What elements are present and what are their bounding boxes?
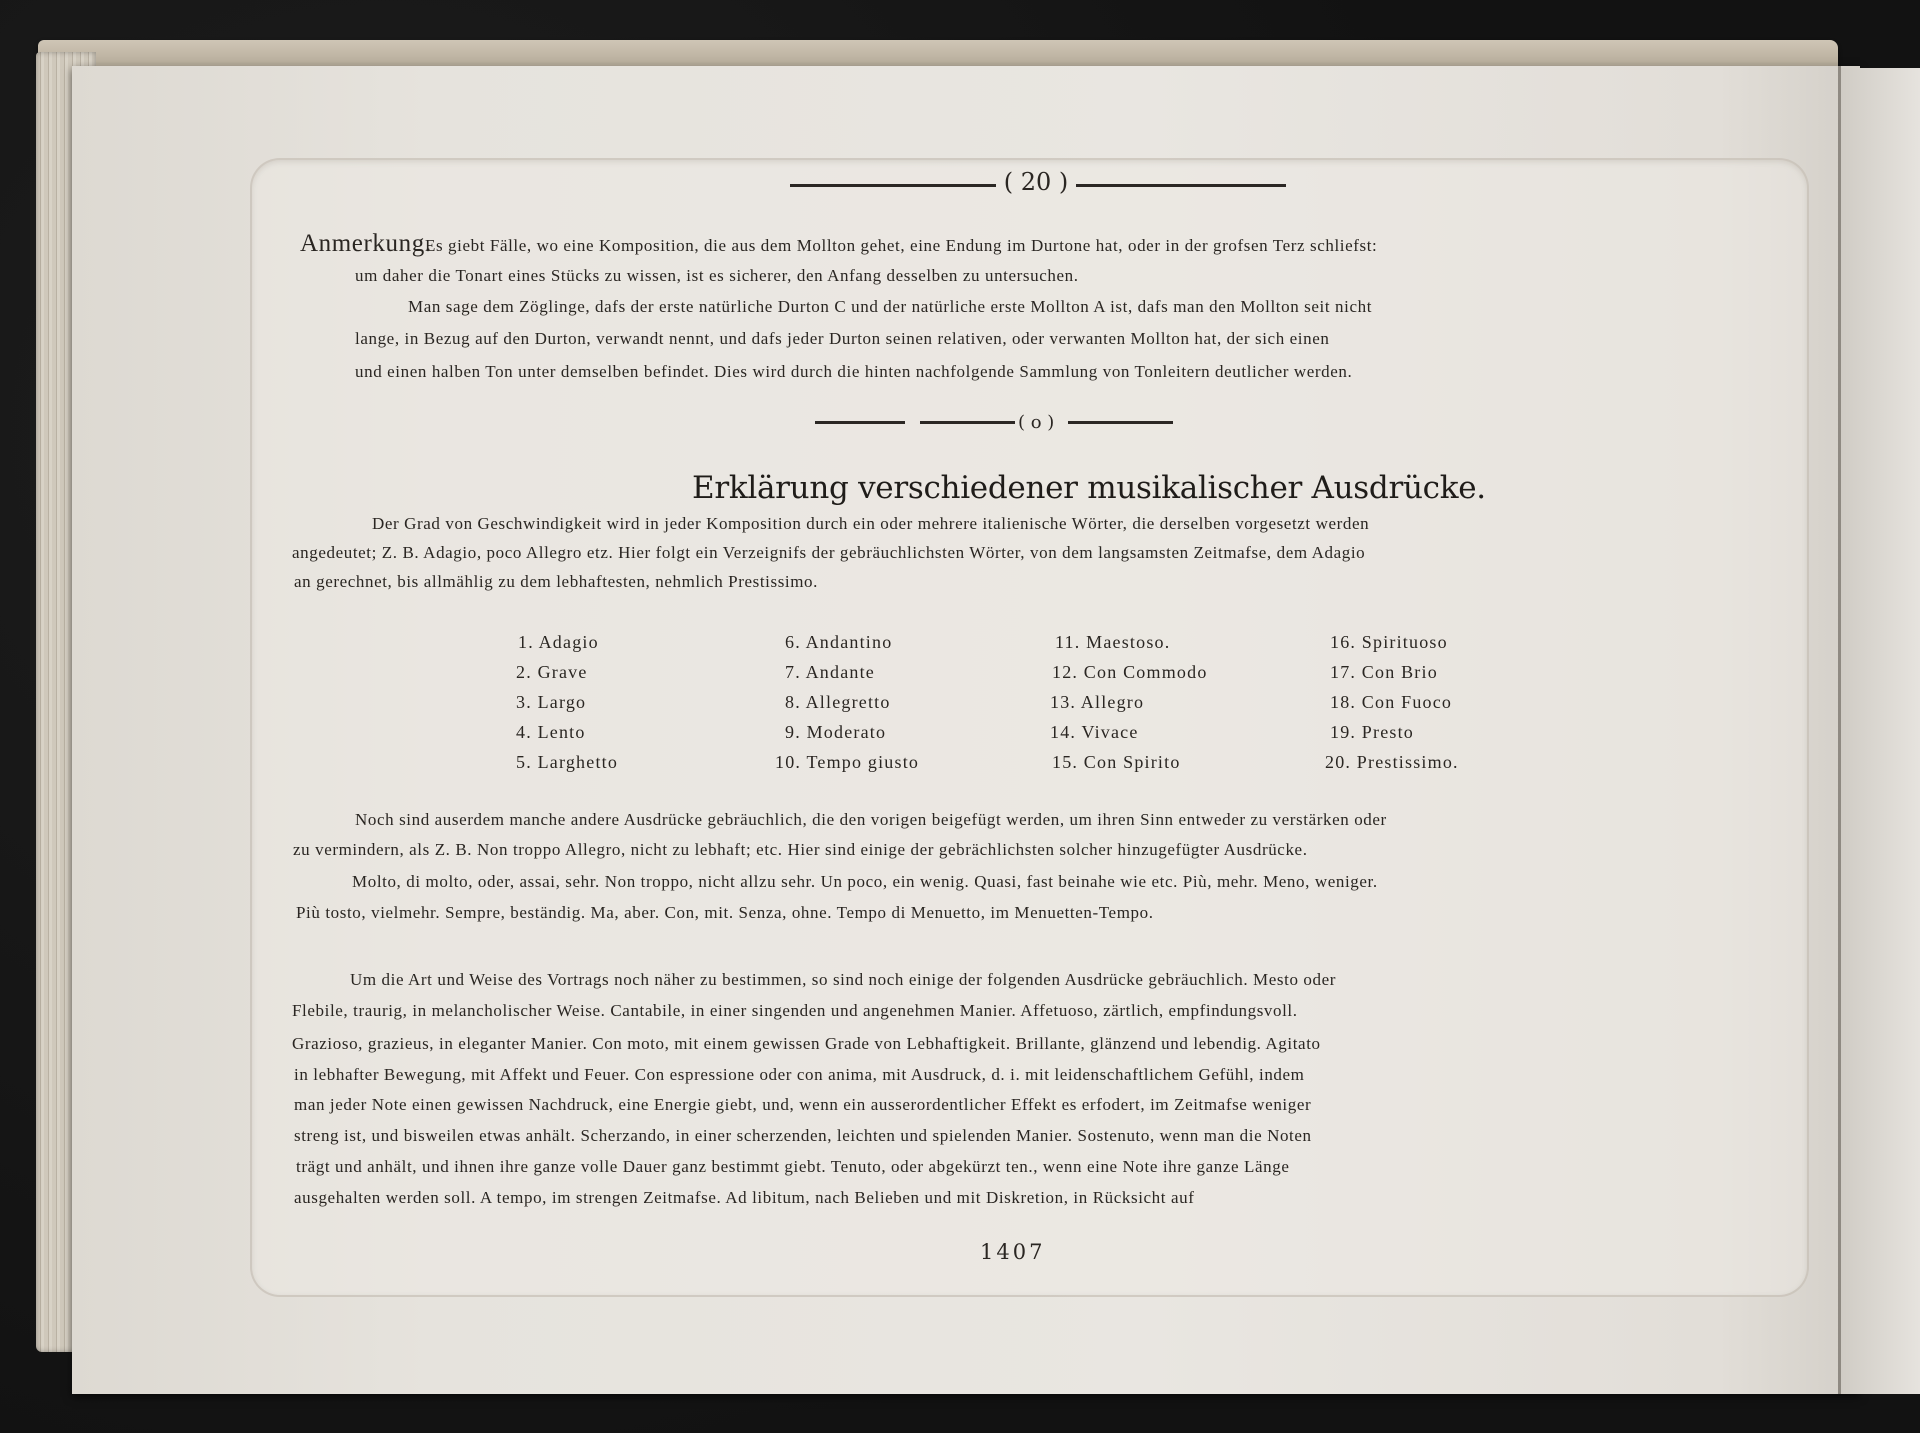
tempo-item: 11. Maestoso. — [1055, 632, 1170, 653]
anmerkung-line-5: und einen halben Ton unter demselben bef… — [355, 362, 1352, 382]
tempo-item: 5. Larghetto — [516, 752, 618, 773]
section-title: Erklärung verschiedener musikalischer Au… — [692, 470, 1486, 506]
tempo-item: 12. Con Commodo — [1052, 662, 1208, 683]
anmerkung-line-1: Es giebt Fälle, wo eine Komposition, die… — [425, 236, 1377, 256]
tempo-item: 2. Grave — [516, 662, 588, 683]
tempo-item: 16. Spirituoso — [1330, 632, 1448, 653]
anmerkung-heading: Anmerkung. — [300, 230, 432, 258]
facing-page-edge — [1841, 68, 1920, 1394]
page-number-header: ( 20 ) — [996, 168, 1076, 196]
anmerkung-line-3: Man sage dem Zöglinge, dafs der erste na… — [408, 297, 1372, 317]
para3-line-6: streng ist, und bisweilen etwas anhält. … — [294, 1126, 1312, 1146]
tempo-item: 20. Prestissimo. — [1325, 752, 1459, 773]
intro-line-3: an gerechnet, bis allmählig zu dem lebha… — [294, 572, 818, 592]
tempo-item: 15. Con Spirito — [1052, 752, 1181, 773]
para3-line-4: in lebhafter Bewegung, mit Affekt und Fe… — [294, 1065, 1305, 1085]
para3-line-7: trägt und anhält, und ihnen ihre ganze v… — [296, 1157, 1289, 1177]
divider-rule-mid-left — [920, 421, 1015, 424]
divider-rule-right — [1068, 421, 1173, 424]
para3-line-1: Um die Art und Weise des Vortrags noch n… — [350, 970, 1336, 990]
para3-line-8: ausgehalten werden soll. A tempo, im str… — [294, 1188, 1194, 1208]
tempo-item: 14. Vivace — [1050, 722, 1139, 743]
header-rule-right — [1076, 184, 1286, 187]
anmerkung-line-2: um daher die Tonart eines Stücks zu wiss… — [355, 266, 1079, 286]
anmerkung-line-4: lange, in Bezug auf den Durton, verwandt… — [355, 329, 1329, 349]
tempo-item: 6. Andantino — [785, 632, 892, 653]
tempo-item: 13. Allegro — [1050, 692, 1144, 713]
para3-line-5: man jeder Note einen gewissen Nachdruck,… — [294, 1095, 1311, 1115]
plate-number-footer: 1407 — [980, 1240, 1045, 1264]
tempo-item: 4. Lento — [516, 722, 586, 743]
intro-line-1: Der Grad von Geschwindigkeit wird in jed… — [372, 514, 1369, 534]
header-rule-left — [790, 184, 996, 187]
tempo-item: 9. Moderato — [785, 722, 886, 743]
tempo-item: 18. Con Fuoco — [1330, 692, 1452, 713]
tempo-item: 3. Largo — [516, 692, 586, 713]
para3-line-3: Grazioso, grazieus, in eleganter Manier.… — [292, 1034, 1321, 1054]
para3-line-2: Flebile, traurig, in melancholischer Wei… — [292, 1001, 1298, 1021]
para2-line-1: Noch sind auserdem manche andere Ausdrüc… — [355, 810, 1387, 830]
tempo-item: 8. Allegretto — [785, 692, 891, 713]
tempo-item: 19. Presto — [1330, 722, 1414, 743]
intro-line-2: angedeutet; Z. B. Adagio, poco Allegro e… — [292, 543, 1365, 563]
tempo-item: 7. Andante — [785, 662, 875, 683]
para2-line-2: zu vermindern, als Z. B. Non troppo Alle… — [293, 840, 1308, 860]
tempo-item: 10. Tempo giusto — [775, 752, 919, 773]
tempo-item: 17. Con Brio — [1330, 662, 1438, 683]
para2-line-4: Più tosto, vielmehr. Sempre, beständig. … — [296, 903, 1154, 923]
para2-line-3: Molto, di molto, oder, assai, sehr. Non … — [352, 872, 1378, 892]
divider-mark: ( o ) — [1018, 412, 1054, 433]
tempo-item: 1. Adagio — [518, 632, 599, 653]
divider-rule-left — [815, 421, 905, 424]
